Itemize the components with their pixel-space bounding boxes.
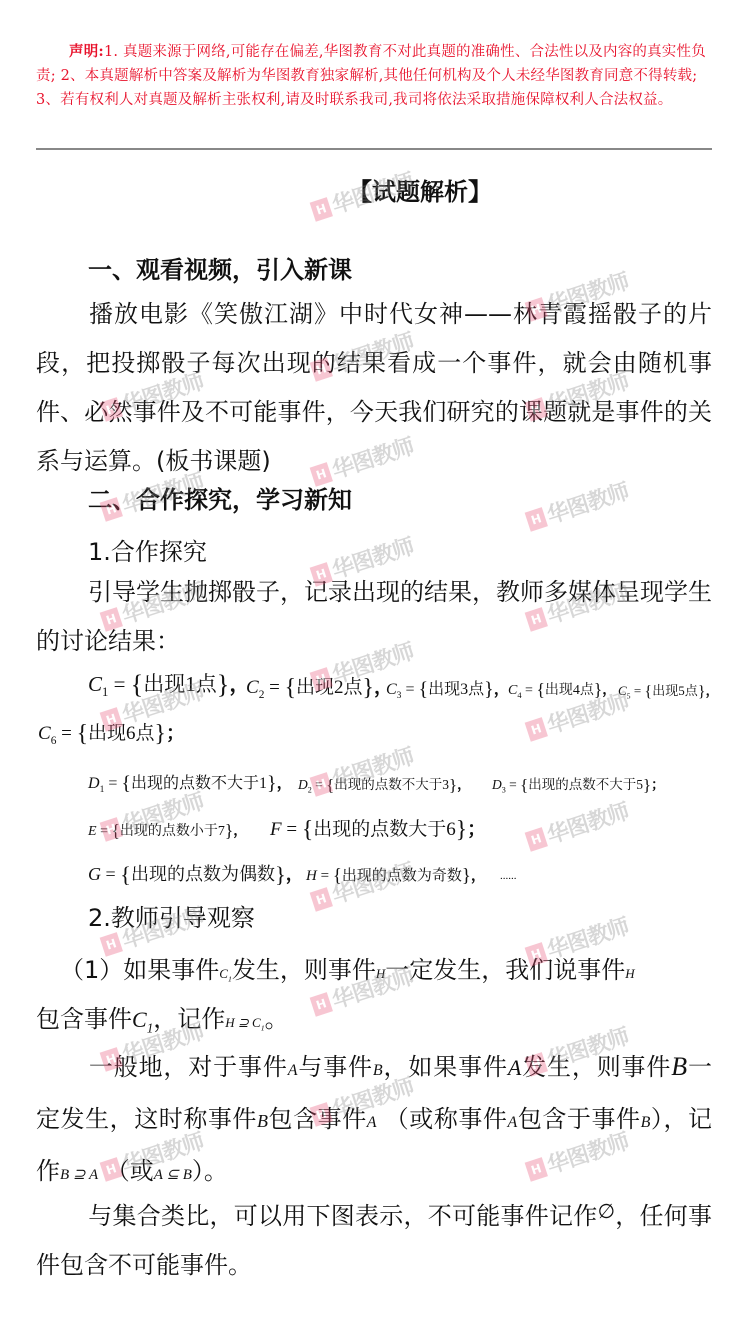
- page-title: 【试题解析】: [0, 172, 748, 207]
- section-1-paragraph: 播放电影《笑傲江湖》中时代女神——林青霞摇骰子的片段，把投掷骰子每次出现的结果看…: [36, 290, 712, 486]
- event-g: G = {出现的点数为偶数}，: [88, 860, 304, 888]
- event-e: E = {出现的点数小于7}，: [88, 820, 247, 841]
- event-c2: C2 = {出现2点}，: [246, 672, 393, 702]
- event-f: F = {出现的点数大于6}；: [270, 814, 486, 844]
- subheading-cooperative-inquiry: 1.合作探究: [88, 532, 207, 567]
- analogy-paragraph: 与集合类比，可以用下图表示，不可能事件记作∅，任何事件包含不可能事件。: [36, 1188, 712, 1290]
- ellipsis: ......: [500, 870, 517, 882]
- event-c3: C3 = {出现3点}，: [386, 676, 510, 702]
- event-c6: C6 = {出现6点}；: [38, 718, 185, 748]
- event-c4: C4 = {出现4点}，: [508, 679, 616, 700]
- watermark-logo-icon: H华图教师: [523, 795, 632, 857]
- general-definition: 一般地，对于事件A与事件B，如果事件A发生，则事件B一定发生，这时称事件B包含事…: [36, 1042, 712, 1200]
- event-d2: D2 = {出现的点数不大于3}，: [298, 773, 471, 795]
- disclaimer-text: 1. 真题来源于网络,可能存在偏差,华图教育不对此真题的准确性、合法性以及内容的…: [36, 44, 706, 108]
- section-heading-2: 二、合作探究，学习新知: [88, 480, 352, 515]
- event-d3: D3 = {出现的点数不大于5}；: [492, 773, 665, 795]
- disclaimer-notice: 声明:1. 真题来源于网络,可能存在偏差,华图教育不对此真题的准确性、合法性以及…: [36, 40, 712, 112]
- divider: [36, 148, 712, 150]
- event-d1: D1 = {出现的点数不大于1}，: [88, 770, 293, 796]
- event-c5: C5 = {出现5点}，: [618, 680, 719, 701]
- section-2-paragraph: 引导学生抛掷骰子，记录出现的结果，教师多媒体呈现学生的讨论结果：: [36, 568, 712, 666]
- event-h: H = {出现的点数为奇数}，: [306, 864, 486, 888]
- disclaimer-lead: 声明:: [69, 43, 104, 60]
- section-heading-1: 一、观看视频，引入新课: [88, 250, 352, 285]
- empty-set-symbol: ∅: [598, 1201, 615, 1223]
- subheading-teacher-guided-observation: 2.教师引导观察: [88, 898, 255, 933]
- event-c1: C1 = {出现1点}，: [88, 668, 250, 700]
